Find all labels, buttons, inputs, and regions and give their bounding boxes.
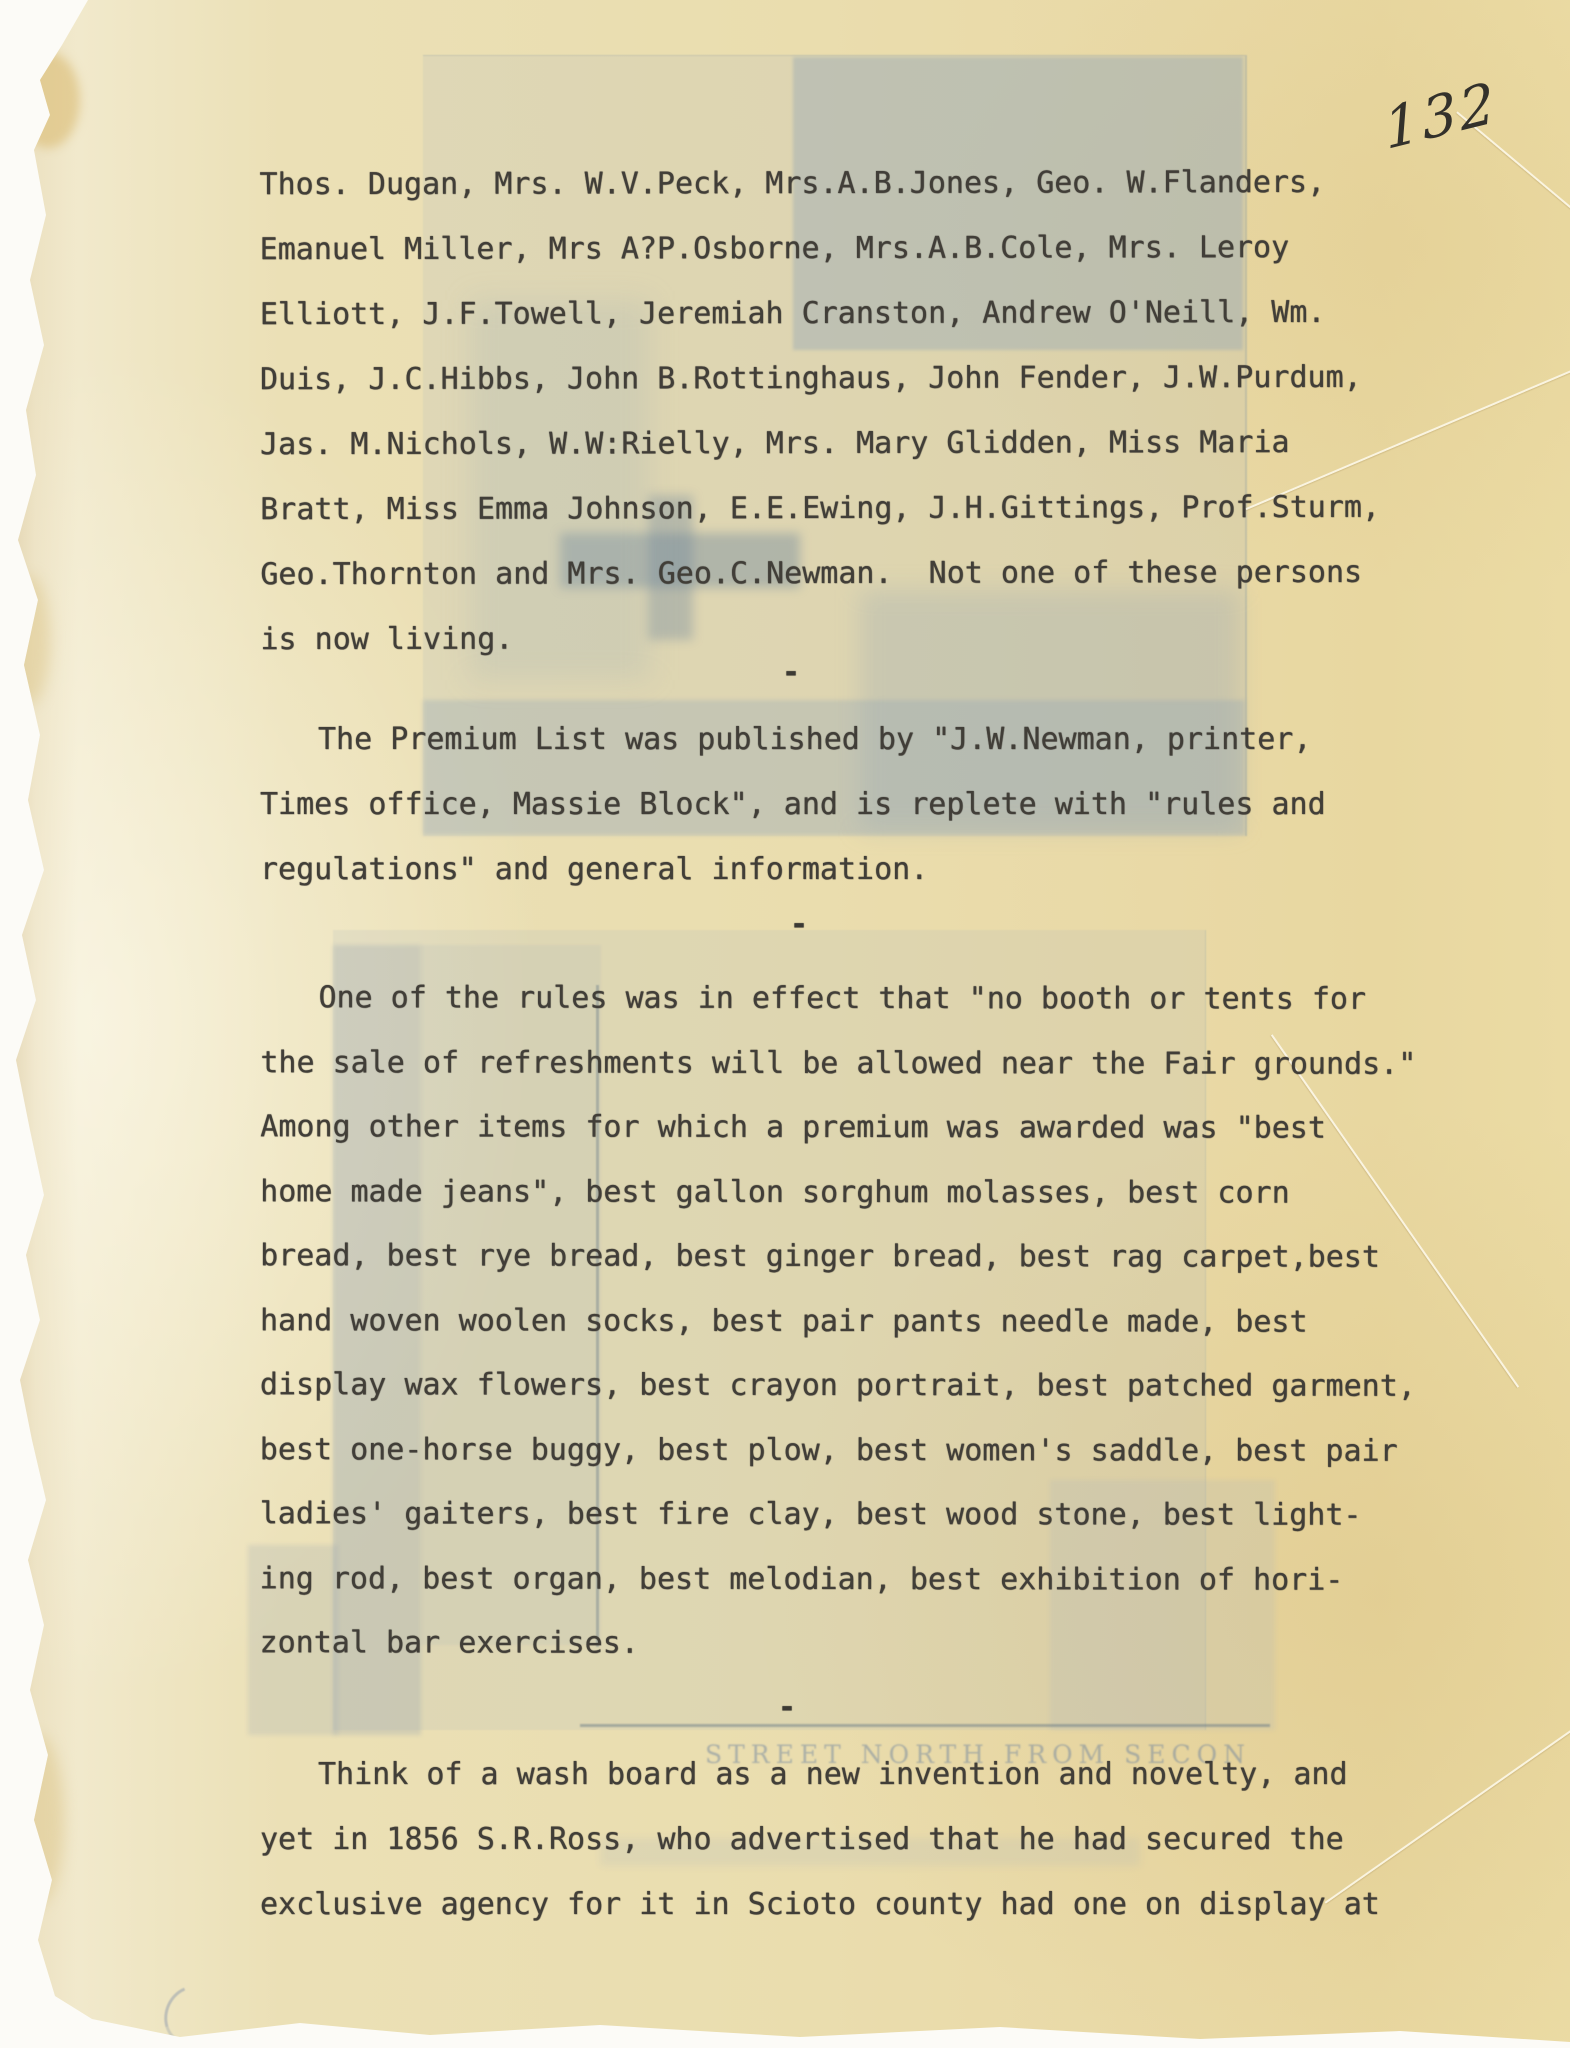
paragraph-wash-board: Think of a wash board as a new invention… [260, 1742, 1380, 1937]
typed-line: is now living. [260, 605, 1380, 672]
typed-line: yet in 1856 S.R.Ross, who advertised tha… [260, 1807, 1380, 1872]
typed-line: Among other items for which a premium wa… [260, 1095, 1416, 1161]
separator-dash: - [778, 1675, 796, 1740]
typed-line: exclusive agency for it in Scioto county… [260, 1872, 1380, 1937]
paper-page: STREET NORTH FROM SECON Thos. Dugan, Mrs… [0, 0, 1570, 2048]
typed-line: Duis, J.C.Hibbs, John B.Rottinghaus, Joh… [260, 345, 1380, 412]
paragraph-rules-premiums: One of the rules was in effect that "no … [260, 966, 1417, 1677]
typed-line: hand woven woolen socks, best pair pants… [260, 1289, 1416, 1355]
typed-line: Geo.Thornton and Mrs. Geo.C.Newman. Not … [260, 540, 1380, 607]
ghost-photo-bottom-edge [580, 1724, 1270, 1727]
paper-stain [8, 575, 50, 705]
paper-stain [12, 1735, 64, 1905]
typed-line: Elliott, J.F.Towell, Jeremiah Cranston, … [260, 280, 1380, 347]
typed-line: Think of a wash board as a new invention… [260, 1742, 1380, 1807]
typed-line: ladies' gaiters, best fire clay, best wo… [260, 1482, 1416, 1548]
typed-line: Thos. Dugan, Mrs. W.V.Peck, Mrs.A.B.Jone… [259, 150, 1379, 217]
typed-line: Emanuel Miller, Mrs A?P.Osborne, Mrs.A.B… [260, 215, 1380, 282]
separator-dash: - [782, 640, 800, 705]
typed-line: One of the rules was in effect that "no … [260, 966, 1416, 1032]
page-number-handwritten: 132 [1381, 70, 1500, 163]
paragraph-names-list: Thos. Dugan, Mrs. W.V.Peck, Mrs.A.B.Jone… [259, 150, 1380, 672]
separator-dash: - [790, 892, 808, 957]
paragraph-premium-list: The Premium List was published by "J.W.N… [260, 707, 1326, 902]
paper-stain [16, 52, 80, 148]
typed-line: zontal bar exercises. [260, 1611, 1416, 1677]
typed-line: Jas. M.Nichols, W.W:Rielly, Mrs. Mary Gl… [260, 410, 1380, 477]
typed-line: Bratt, Miss Emma Johnson, E.E.Ewing, J.H… [260, 475, 1380, 542]
ink-smudge [155, 1977, 227, 2048]
typed-line: bread, best rye bread, best ginger bread… [260, 1224, 1416, 1290]
typed-line: The Premium List was published by "J.W.N… [260, 707, 1326, 772]
typed-line: Times office, Massie Block", and is repl… [260, 772, 1326, 837]
typed-line: best one-horse buggy, best plow, best wo… [260, 1418, 1416, 1484]
typed-line: home made jeans", best gallon sorghum mo… [260, 1160, 1416, 1226]
typed-line: the sale of refreshments will be allowed… [260, 1031, 1416, 1097]
typed-line: ing rod, best organ, best melodian, best… [260, 1547, 1416, 1613]
typed-line: display wax flowers, best crayon portrai… [260, 1353, 1416, 1419]
torn-left-edge [0, 0, 78, 2048]
